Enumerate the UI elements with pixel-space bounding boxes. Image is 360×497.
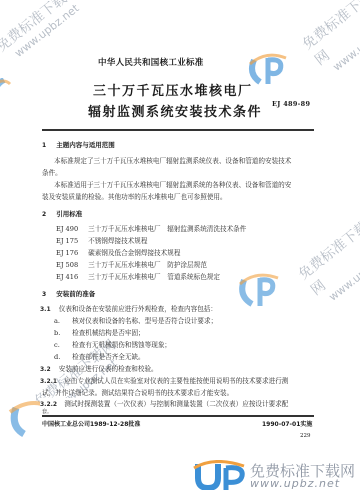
watermark-mid-right: 免费标准下载网 www.upbz.net: [294, 214, 360, 310]
list-label: b.: [54, 327, 70, 339]
standard-category: 中华人民共和国核工业标准: [98, 56, 204, 68]
list-label: a.: [54, 315, 70, 327]
clause-number: 3.1: [40, 306, 51, 313]
list-label: c.: [54, 339, 70, 351]
reference-item: EJ 416 三十万千瓦压水堆核电厂 管道系统标色规定: [56, 271, 220, 283]
page-number: 229: [300, 433, 311, 439]
document-title-line1: 三十万千瓦压水堆核电厂: [93, 80, 253, 99]
clause-text: 仪表和设备在安装前应进行外观检查，检查内容包括：: [59, 305, 217, 313]
header-divider: [42, 129, 314, 131]
reference-title: 三十万千瓦压水堆核电厂 防护涂层规范: [88, 261, 207, 269]
reference-code: EJ 490: [56, 223, 86, 235]
section-number: 2: [42, 211, 46, 218]
clause-text: 测试时探测装置（一次仪表）与控制和测量装置（二次仪表）应按设计要求配: [64, 400, 288, 408]
section-3-heading: 3 安装前的准备: [42, 289, 95, 298]
document-title-line2: 辐射监测系统安装技术条件: [88, 101, 262, 120]
reference-code: EJ 175: [56, 235, 86, 247]
reference-item: EJ 508 三十万千瓦压水堆核电厂 防护涂层规范: [56, 259, 207, 271]
list-item: c. 检查有无机械损伤和锈蚀等现象；: [54, 339, 171, 351]
footer-divider: [42, 415, 314, 417]
watermark-cn-text: 免费标准下载网: [298, 0, 360, 70]
up-logo-icon: [246, 52, 290, 86]
up-logo-icon: [192, 460, 246, 490]
reference-code: EJ 508: [56, 259, 86, 271]
section-2-heading: 2 引用标准: [42, 209, 82, 218]
clause-text: 应由专业测试人员在实验室对仪表的主要性能按使用说明书的技术要求进行测: [64, 377, 288, 385]
up-logo-icon: [236, 272, 280, 308]
clause-number: 3.2: [40, 366, 51, 373]
watermark-cn-text: 免费标准下载网: [294, 214, 360, 300]
reference-title: 三十万千瓦压水堆核电厂 辐射监测系统清洗技术条件: [88, 225, 246, 233]
reference-item: EJ 175 不锈钢焊接技术规程: [56, 235, 147, 247]
section-title: 引用标准: [56, 210, 82, 218]
watermark-cn-text: 免费标准下载网: [250, 460, 355, 481]
reference-title: 不锈钢焊接技术规程: [88, 237, 147, 245]
list-item: b. 检查机械结构是否牢固；: [54, 327, 145, 339]
reference-item: EJ 176 碳素钢及低合金钢焊接技术规程: [56, 247, 180, 259]
up-logo-icon: [0, 78, 12, 106]
standard-code: EJ 489-89: [272, 100, 310, 108]
list-text: 检查有无机械损伤和锈蚀等现象；: [72, 341, 171, 349]
section-1-heading: 1 主题内容与适用范围: [42, 140, 115, 149]
clause-3-2-2: 3.2.2 测试时探测装置（一次仪表）与控制和测量装置（二次仪表）应按设计要求配: [40, 398, 288, 411]
watermark-url: www.upbz.net: [327, 245, 360, 303]
section-number: 3: [42, 291, 46, 298]
watermark-logo-mid-right: [236, 272, 280, 312]
reference-code: EJ 416: [56, 271, 86, 283]
watermark-logo-top-left: [0, 78, 12, 110]
list-label: d.: [54, 351, 70, 363]
list-text: 核对仪表和设备的名称、型号是否符合设计要求；: [72, 317, 217, 325]
list-text: 检查机械结构是否牢固；: [72, 329, 145, 337]
reference-title: 三十万千瓦压水堆核电厂 管道系统标色规定: [88, 273, 220, 281]
paragraph-line: 装及安装质量的检验。其他功率的压水堆核电厂也可参照使用。: [42, 191, 227, 203]
clause-number: 3.2.1: [40, 378, 57, 385]
paragraph-line: 本标准规定了三十万千瓦压水堆核电厂辐射监测系统仪表、设备和管道的安装技术: [54, 155, 291, 167]
clause-number: 3.2.2: [40, 401, 57, 408]
watermark-url: www.upbz.net: [12, 0, 89, 60]
section-number: 1: [42, 142, 46, 149]
reference-item: EJ 490 三十万千瓦压水堆核电厂 辐射监测系统清洗技术条件: [56, 223, 246, 235]
paragraph-line: 本标准适用于三十万千瓦压水堆核电厂辐射监测系统的各种仪表、设备和管道的安: [54, 179, 291, 191]
list-item: a. 核对仪表和设备的名称、型号是否符合设计要求；: [54, 315, 217, 327]
document-page: 免费标准下载网 www.upbz.net 免费标准下载网 www.upbz.ne…: [0, 0, 360, 497]
list-item: d. 检查部件是否齐全无缺。: [54, 351, 145, 363]
watermark-top-left: 免费标准下载网 www.upbz.net: [0, 0, 90, 66]
paragraph-line: 条件。: [42, 167, 62, 179]
reference-code: EJ 176: [56, 247, 86, 259]
list-text: 检查部件是否齐全无缺。: [72, 353, 145, 361]
reference-title: 碳素钢及低合金钢焊接技术规程: [88, 249, 180, 257]
section-title: 安装前的准备: [56, 290, 95, 298]
watermark-top-right: 免费标准下载网 www.upbz.net: [298, 0, 360, 80]
watermark-url: www.upbz.net: [250, 477, 340, 490]
clause-text: 安装前应进行仪表的检查和校验。: [59, 365, 158, 373]
effective-date: 1990-07-01实施: [262, 419, 312, 428]
approval-info: 中国核工业总公司1989-12-28批准: [42, 419, 140, 428]
watermark-url: www.upbz.net: [331, 15, 360, 73]
section-title: 主题内容与适用范围: [56, 141, 115, 149]
watermark-cn-text: 免费标准下载网: [0, 0, 82, 56]
